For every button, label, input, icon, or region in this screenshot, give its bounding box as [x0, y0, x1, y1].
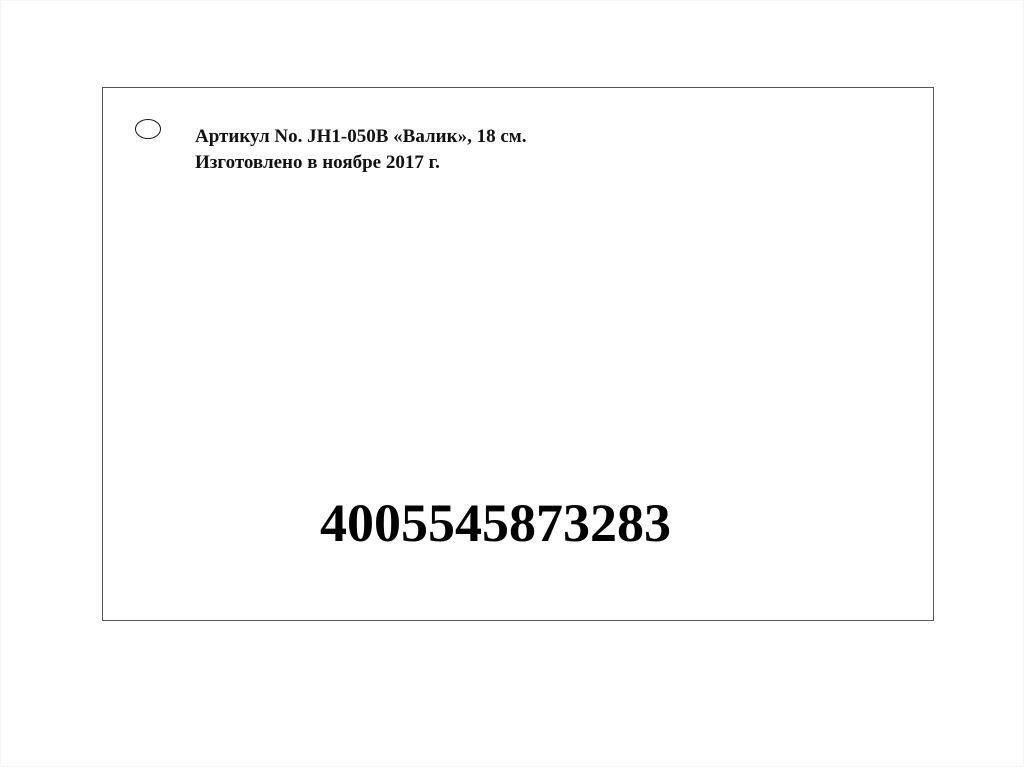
slide: Артикул No. JH1-050B «Валик», 18 см. Изг… [0, 0, 1024, 767]
product-info: Артикул No. JH1-050B «Валик», 18 см. Изг… [195, 124, 526, 176]
barcode-number: 4005545873283 [320, 491, 671, 555]
manufactured-line: Изготовлено в ноябре 2017 г. [195, 150, 526, 176]
article-line: Артикул No. JH1-050B «Валик», 18 см. [195, 124, 526, 150]
hang-hole-circle-icon [135, 119, 161, 139]
